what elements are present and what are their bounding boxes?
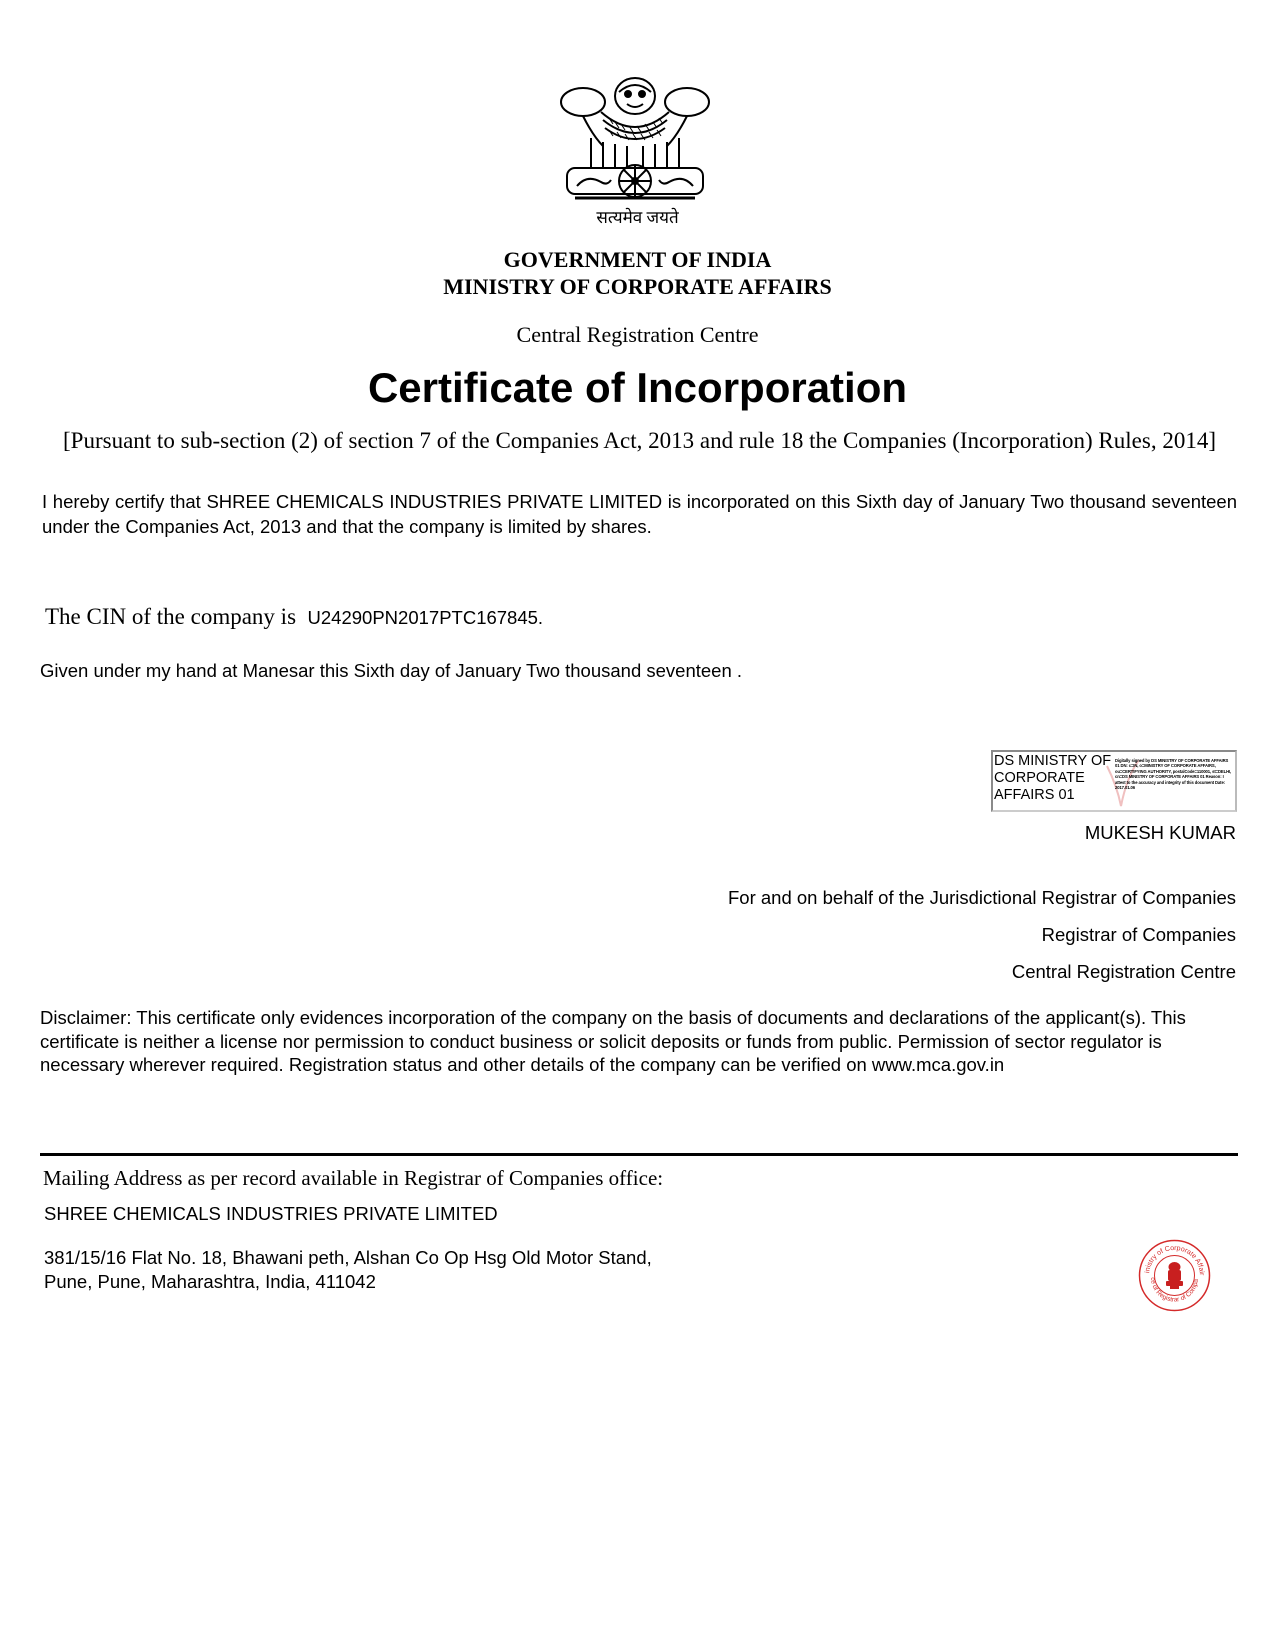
mailing-address-label: Mailing Address as per record available …	[43, 1166, 663, 1191]
emblem-motto: सत्यमेव जयते	[540, 205, 735, 228]
section-divider	[40, 1153, 1238, 1156]
cin-line: The CIN of the company is U24290PN2017PT…	[45, 604, 543, 630]
company-name: SHREE CHEMICALS INDUSTRIES PRIVATE LIMIT…	[44, 1203, 498, 1225]
legal-reference: [Pursuant to sub-section (2) of section …	[42, 427, 1237, 454]
cin-value: U24290PN2017PTC167845.	[308, 607, 544, 628]
registrar-title: Registrar of Companies	[560, 924, 1236, 946]
ministry-name: MINISTRY OF CORPORATE AFFAIRS	[0, 273, 1275, 300]
disclaimer: Disclaimer: This certificate only eviden…	[40, 1006, 1220, 1077]
roc-seal-icon: Ministry of Corporate Affairs Office of …	[1137, 1238, 1212, 1313]
document-title: Certificate of Incorporation	[0, 364, 1275, 412]
government-name: GOVERNMENT OF INDIA	[0, 246, 1275, 273]
company-address: 381/15/16 Flat No. 18, Bhawani peth, Als…	[44, 1246, 652, 1294]
digital-signature-box[interactable]: DS MINISTRY OF CORPORATE AFFAIRS 01 Digi…	[991, 750, 1237, 812]
on-behalf-line: For and on behalf of the Jurisdictional …	[560, 887, 1236, 909]
issuing-authority: GOVERNMENT OF INDIA MINISTRY OF CORPORAT…	[0, 246, 1275, 300]
cin-label: The CIN of the company is	[45, 604, 296, 629]
registration-centre: Central Registration Centre	[0, 322, 1275, 348]
address-line-2: Pune, Pune, Maharashtra, India, 411042	[44, 1270, 652, 1294]
registrar-centre: Central Registration Centre	[560, 961, 1236, 983]
signature-details: Digitally signed by DS MINISTRY OF CORPO…	[1115, 758, 1233, 790]
given-statement: Given under my hand at Manesar this Sixt…	[40, 660, 742, 682]
certification-statement: I hereby certify that SHREE CHEMICALS IN…	[42, 489, 1237, 539]
signer-name: MUKESH KUMAR	[900, 822, 1236, 844]
signer-organization: DS MINISTRY OF CORPORATE AFFAIRS 01	[994, 753, 1114, 804]
address-line-1: 381/15/16 Flat No. 18, Bhawani peth, Als…	[44, 1246, 652, 1270]
